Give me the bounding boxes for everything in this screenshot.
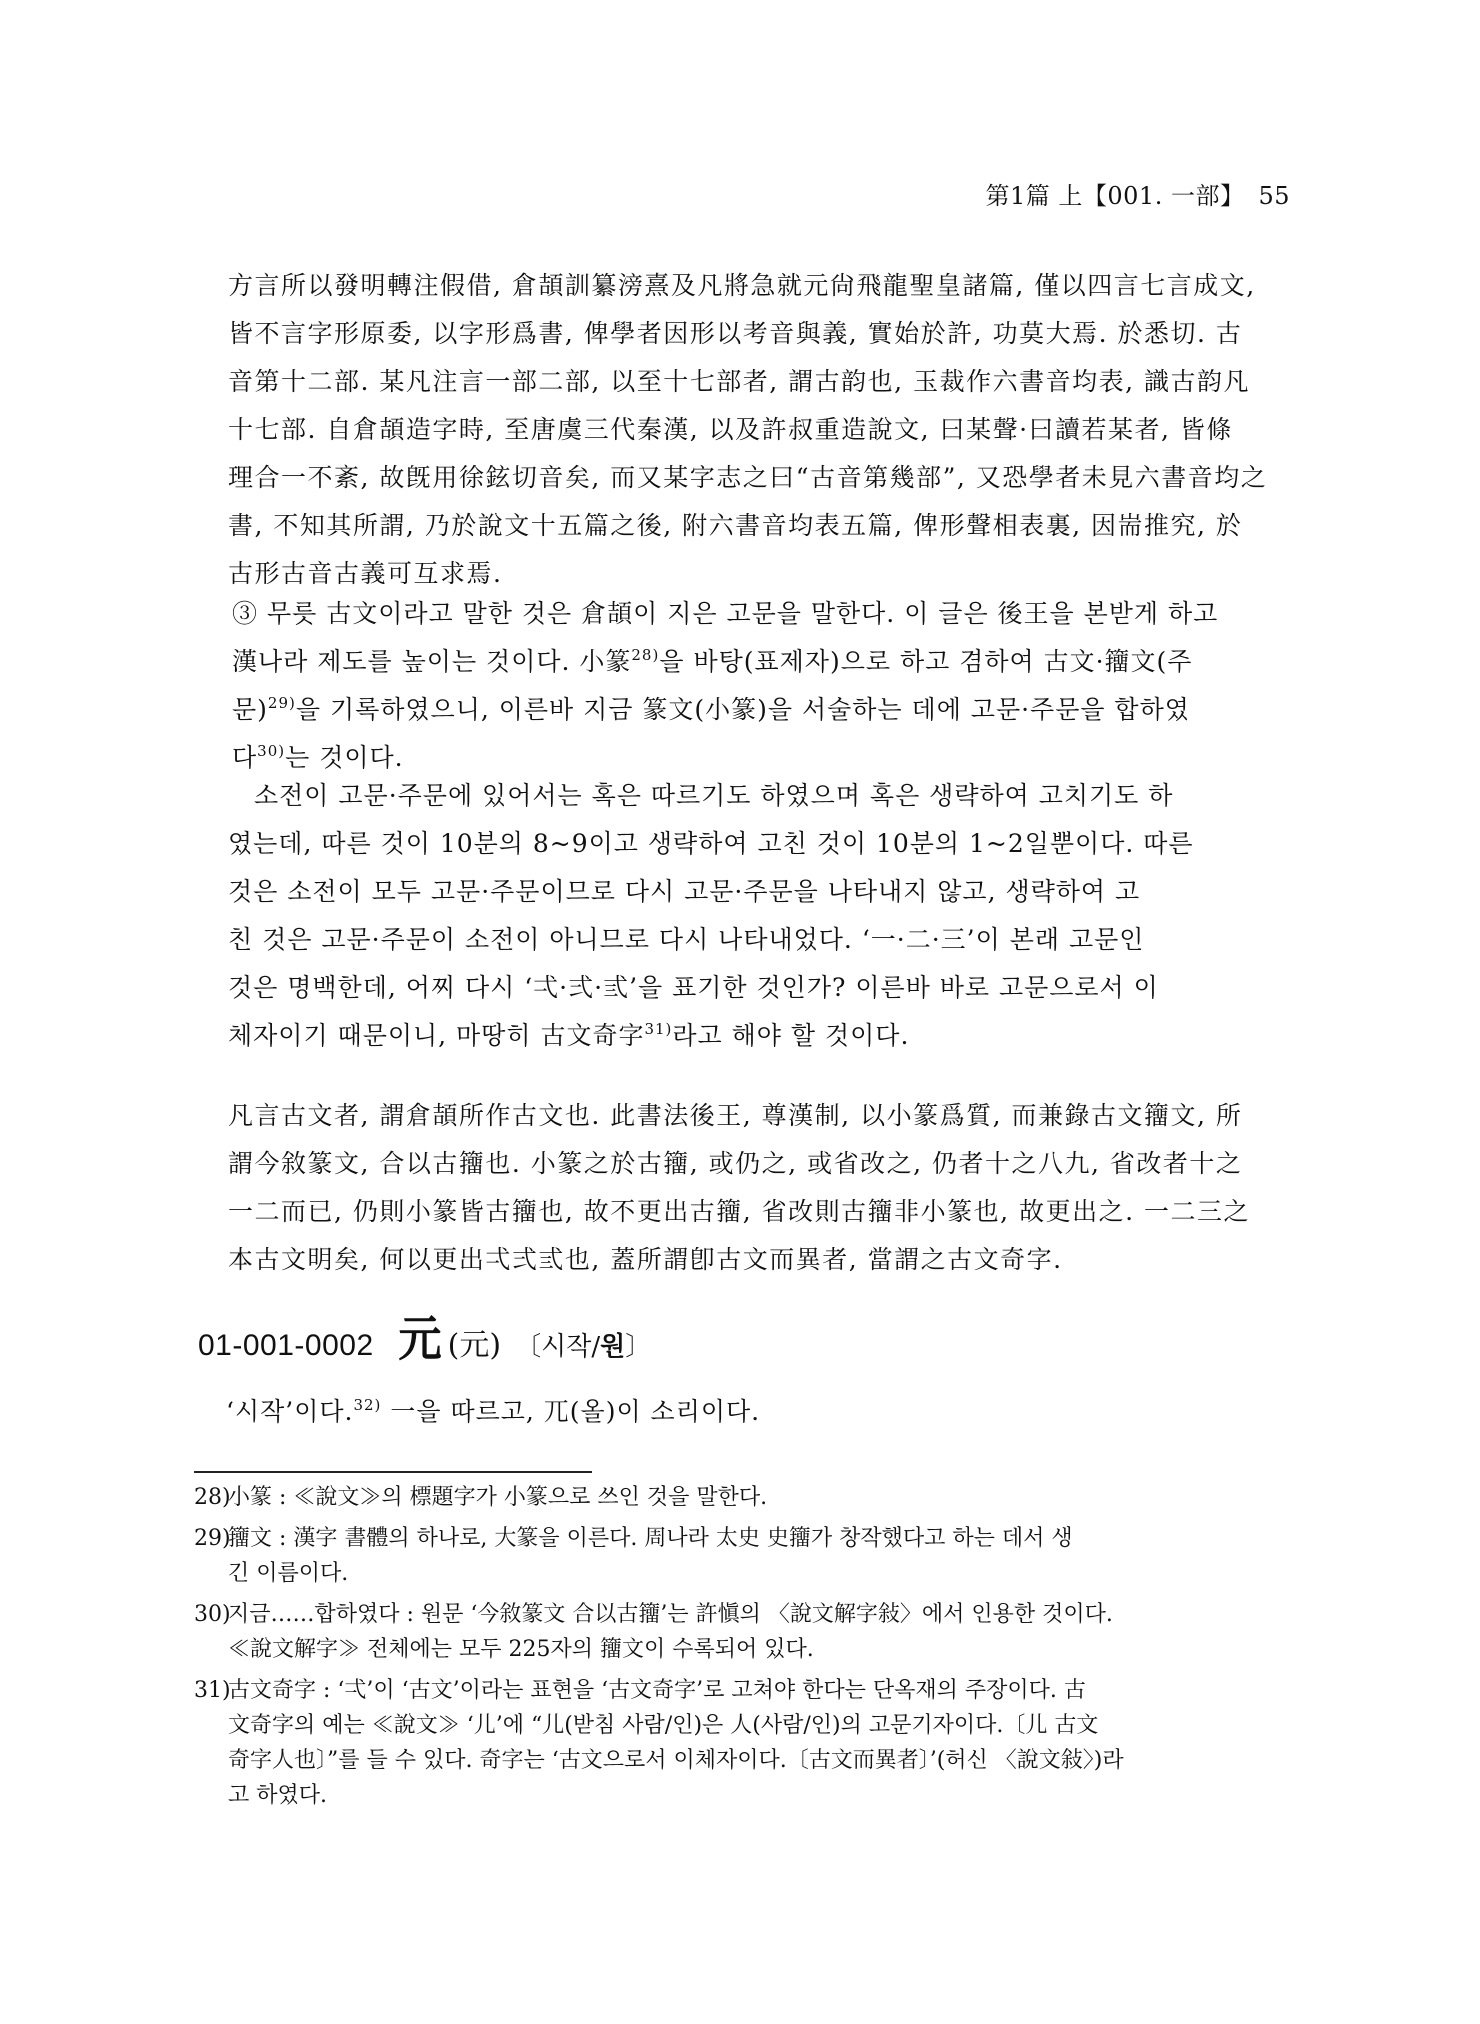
entry-hanja: (元)	[448, 1320, 501, 1364]
footnote-number: 31)	[194, 1673, 228, 1708]
footnote-28: 28)小篆 : ≪說文≫의 標題字가 小篆으로 쓰인 것을 말한다.	[194, 1480, 1288, 1515]
classical-commentary-1: 方言所以發明轉注假借, 倉頡訓纂滂熹及凡將急就元尙飛龍聖皇諸篇, 僅以四言七言成…	[228, 262, 1288, 598]
footnote-number: 30)	[194, 1597, 228, 1632]
text-line: 音第十二部. 某凡注言一部二部, 以至十七部者, 謂古韵也, 玉裁作六書音均表,…	[228, 358, 1288, 406]
footnote-ref[interactable]: 29)	[268, 694, 296, 712]
footnote-number: 29)	[194, 1521, 228, 1556]
seal-script-glyph: 元	[398, 1300, 441, 1369]
footnote-number: 28)	[194, 1480, 228, 1515]
page-number: 55	[1258, 182, 1290, 210]
text-line: 체자이기 때문이니, 마땅히 古文奇字31)라고 해야 할 것이다.	[228, 1012, 1288, 1060]
classical-commentary-2: 凡言古文者, 謂倉頡所作古文也. 此書法後王, 尊漢制, 以小篆爲質, 而兼錄古…	[228, 1092, 1288, 1284]
footnote-ref[interactable]: 28)	[631, 646, 659, 664]
text-line: 凡言古文者, 謂倉頡所作古文也. 此書法後王, 尊漢制, 以小篆爲質, 而兼錄古…	[228, 1092, 1288, 1140]
text-line: 理合一不紊, 故旣用徐鉉切音矣, 而又某字志之曰“古音第幾部”, 又恐學者未見六…	[228, 454, 1288, 502]
footnote-ref[interactable]: 31)	[644, 1020, 672, 1038]
text-line: 였는데, 따른 것이 10분의 8~9이고 생략하여 고친 것이 10분의 1~…	[228, 820, 1288, 868]
translation-paragraph-4: 소전이 고문·주문에 있어서는 혹은 따르기도 하였으며 혹은 생략하여 고치기…	[228, 772, 1288, 1060]
entry-definition: ‘시작’이다.32) 一을 따르고, 兀(올)이 소리이다.	[226, 1392, 760, 1428]
text-line: 것은 소전이 모두 고문·주문이므로 다시 고문·주문을 나타내지 않고, 생략…	[228, 868, 1288, 916]
text-line: 十七部. 自倉頡造字時, 至唐虞三代秦漢, 以及許叔重造說文, 曰某聲·曰讀若某…	[228, 406, 1288, 454]
paragraph-marker: ③	[232, 599, 258, 628]
text-line: 皆不言字形原委, 以字形爲書, 俾學者因形以考音與義, 實始於許, 功莫大焉. …	[228, 310, 1288, 358]
entry-heading: 01-001-0002 元 (元) 〔시작/원〕	[198, 1300, 651, 1360]
entry-reading: 원	[600, 1332, 625, 1362]
text-line: 謂今敘篆文, 合以古籒也. 小篆之於古籒, 或仍之, 或省改之, 仍者十之八九,…	[228, 1140, 1288, 1188]
text-line: 친 것은 고문·주문이 소전이 아니므로 다시 나타내었다. ‘一·二·三’이 …	[228, 916, 1288, 964]
footnote-30: 30)지금……합하였다 : 원문 ‘今敘篆文 合以古籒’는 許愼의 〈說文解字敍…	[194, 1597, 1288, 1667]
footnote-29: 29)籒文 : 漢字 書體의 하나로, 大篆을 이른다. 周나라 太史 史籒가 …	[194, 1521, 1288, 1591]
text-line: 문)29)을 기록하였으니, 이른바 지금 篆文(小篆)을 서술하는 데에 고문…	[232, 686, 1288, 734]
entry-code: 01-001-0002	[198, 1329, 374, 1363]
footnote-ref[interactable]: 30)	[257, 742, 285, 760]
footnote-ref[interactable]: 32)	[353, 1396, 381, 1414]
footnote-divider	[194, 1471, 592, 1473]
text-line: 方言所以發明轉注假借, 倉頡訓纂滂熹及凡將急就元尙飛龍聖皇諸篇, 僅以四言七言成…	[228, 262, 1288, 310]
text-line: 書, 不知其所謂, 乃於說文十五篇之後, 附六書音均表五篇, 俾形聲相表裏, 因…	[228, 502, 1288, 550]
footnote-31: 31)古文奇字 : ‘弌’이 ‘古文’이라는 표현을 ‘古文奇字’로 고쳐야 한…	[194, 1673, 1288, 1813]
running-title: 第1篇 上【001. 一部】	[985, 182, 1244, 210]
text-line: 本古文明矣, 何以更出弌弍弎也, 蓋所謂卽古文而異者, 當謂之古文奇字.	[228, 1236, 1288, 1284]
footnotes: 28)小篆 : ≪說文≫의 標題字가 小篆으로 쓰인 것을 말한다. 29)籒文…	[194, 1480, 1288, 1819]
translation-paragraph-3: ③ 무릇 古文이라고 말한 것은 倉頡이 지은 고문을 말한다. 이 글은 後王…	[232, 590, 1288, 782]
text-line: 소전이 고문·주문에 있어서는 혹은 따르기도 하였으며 혹은 생략하여 고치기…	[228, 772, 1288, 820]
text-line: 것은 명백한데, 어찌 다시 ‘弌·弍·弎’을 표기한 것인가? 이른바 바로 …	[228, 964, 1288, 1012]
text-line: 一二而已, 仍則小篆皆古籒也, 故不更出古籒, 省改則古籒非小篆也, 故更出之.…	[228, 1188, 1288, 1236]
text-line: 漢나라 제도를 높이는 것이다. 小篆28)을 바탕(표제자)으로 하고 겸하여…	[232, 638, 1288, 686]
text-line: ③ 무릇 古文이라고 말한 것은 倉頡이 지은 고문을 말한다. 이 글은 後王…	[232, 590, 1288, 638]
running-head: 第1篇 上【001. 一部】55	[985, 176, 1290, 211]
entry-gloss: 〔시작/원〕	[515, 1326, 651, 1363]
